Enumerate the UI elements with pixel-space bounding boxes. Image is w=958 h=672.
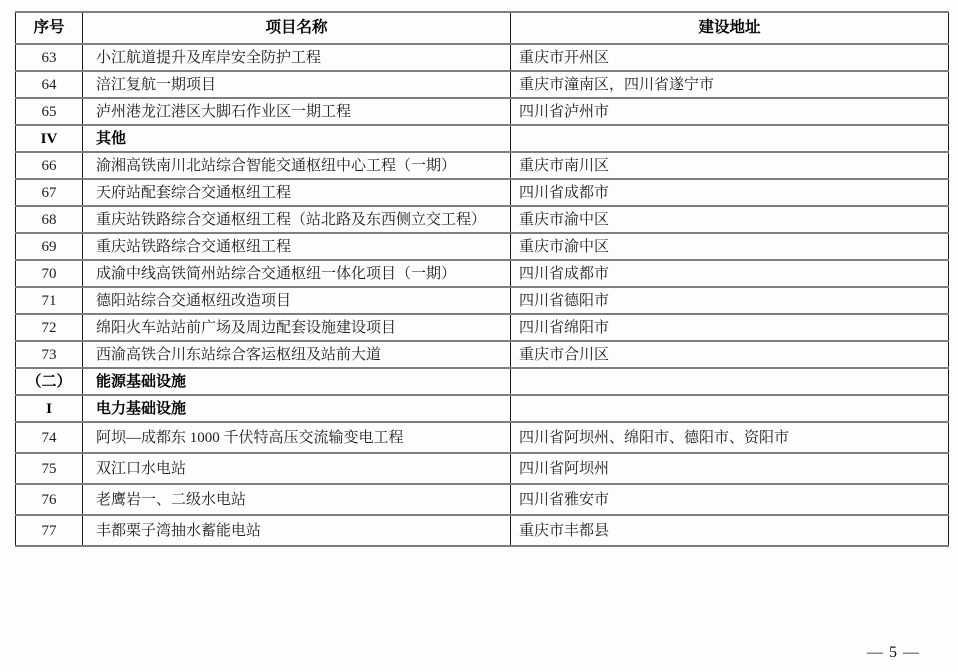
address-cell: 重庆市丰都县 (511, 515, 949, 546)
address-cell (511, 395, 949, 422)
header-construction-address: 建设地址 (511, 12, 949, 44)
serial-number-cell: 67 (16, 179, 83, 206)
project-name-cell: 西渝高铁合川东站综合客运枢纽及站前大道 (83, 341, 511, 368)
project-name-cell: 渝湘高铁南川北站综合智能交通枢纽中心工程（一期） (83, 152, 511, 179)
project-name-cell: 重庆站铁路综合交通枢纽工程（站北路及东西侧立交工程） (83, 206, 511, 233)
project-name-cell: 丰都栗子湾抽水蓄能电站 (83, 515, 511, 546)
address-cell: 四川省阿坝州 (511, 453, 949, 484)
serial-number-cell: 64 (16, 71, 83, 98)
serial-number-cell: I (16, 395, 83, 422)
header-row: 序号 项目名称 建设地址 (16, 12, 949, 44)
address-cell: 重庆市开州区 (511, 44, 949, 71)
serial-number-cell: IV (16, 125, 83, 152)
table-row: 67天府站配套综合交通枢纽工程四川省成都市 (16, 179, 949, 206)
address-cell: 四川省雅安市 (511, 484, 949, 515)
table-row: 75双江口水电站四川省阿坝州 (16, 453, 949, 484)
table-row: 64涪江复航一期项目重庆市潼南区，四川省遂宁市 (16, 71, 949, 98)
table-row: 74阿坝—成都东 1000 千伏特高压交流输变电工程四川省阿坝州、绵阳市、德阳市… (16, 422, 949, 453)
table-row: 65泸州港龙江港区大脚石作业区一期工程四川省泸州市 (16, 98, 949, 125)
project-name-cell: 德阳站综合交通枢纽改造项目 (83, 287, 511, 314)
project-name-cell: 能源基础设施 (83, 368, 511, 395)
serial-number-cell: 63 (16, 44, 83, 71)
address-cell: 四川省泸州市 (511, 98, 949, 125)
project-name-cell: 泸州港龙江港区大脚石作业区一期工程 (83, 98, 511, 125)
address-cell: 重庆市潼南区，四川省遂宁市 (511, 71, 949, 98)
page-number: — 5 — (867, 644, 920, 662)
table-row: 69重庆站铁路综合交通枢纽工程重庆市渝中区 (16, 233, 949, 260)
table-body: 63小江航道提升及库岸安全防护工程重庆市开州区64涪江复航一期项目重庆市潼南区，… (16, 44, 949, 546)
header-serial-number: 序号 (16, 12, 83, 44)
table-row: 73西渝高铁合川东站综合客运枢纽及站前大道重庆市合川区 (16, 341, 949, 368)
serial-number-cell: 69 (16, 233, 83, 260)
serial-number-cell: 74 (16, 422, 83, 453)
address-cell (511, 125, 949, 152)
section-row: IV其他 (16, 125, 949, 152)
address-cell: 四川省德阳市 (511, 287, 949, 314)
address-cell: 四川省成都市 (511, 260, 949, 287)
table-row: 76老鹰岩一、二级水电站四川省雅安市 (16, 484, 949, 515)
address-cell (511, 368, 949, 395)
table-row: 71德阳站综合交通枢纽改造项目四川省德阳市 (16, 287, 949, 314)
project-name-cell: 天府站配套综合交通枢纽工程 (83, 179, 511, 206)
project-name-cell: 成渝中线高铁简州站综合交通枢纽一体化项目（一期） (83, 260, 511, 287)
project-name-cell: 小江航道提升及库岸安全防护工程 (83, 44, 511, 71)
section-row: I电力基础设施 (16, 395, 949, 422)
project-name-cell: 其他 (83, 125, 511, 152)
address-cell: 重庆市合川区 (511, 341, 949, 368)
serial-number-cell: 73 (16, 341, 83, 368)
project-name-cell: 阿坝—成都东 1000 千伏特高压交流输变电工程 (83, 422, 511, 453)
project-name-cell: 涪江复航一期项目 (83, 71, 511, 98)
project-name-cell: 电力基础设施 (83, 395, 511, 422)
table-row: 68重庆站铁路综合交通枢纽工程（站北路及东西侧立交工程）重庆市渝中区 (16, 206, 949, 233)
table-row: 66渝湘高铁南川北站综合智能交通枢纽中心工程（一期）重庆市南川区 (16, 152, 949, 179)
address-cell: 四川省阿坝州、绵阳市、德阳市、资阳市 (511, 422, 949, 453)
header-project-name: 项目名称 (83, 12, 511, 44)
address-cell: 重庆市渝中区 (511, 233, 949, 260)
address-cell: 重庆市南川区 (511, 152, 949, 179)
serial-number-cell: 72 (16, 314, 83, 341)
serial-number-cell: 76 (16, 484, 83, 515)
serial-number-cell: 70 (16, 260, 83, 287)
serial-number-cell: 65 (16, 98, 83, 125)
project-name-cell: 绵阳火车站站前广场及周边配套设施建设项目 (83, 314, 511, 341)
project-name-cell: 老鹰岩一、二级水电站 (83, 484, 511, 515)
address-cell: 四川省成都市 (511, 179, 949, 206)
table-row: 77丰都栗子湾抽水蓄能电站重庆市丰都县 (16, 515, 949, 546)
serial-number-cell: 75 (16, 453, 83, 484)
serial-number-cell: 77 (16, 515, 83, 546)
table-row: 72绵阳火车站站前广场及周边配套设施建设项目四川省绵阳市 (16, 314, 949, 341)
serial-number-cell: 68 (16, 206, 83, 233)
serial-number-cell: 66 (16, 152, 83, 179)
table-row: 70成渝中线高铁简州站综合交通枢纽一体化项目（一期）四川省成都市 (16, 260, 949, 287)
project-name-cell: 重庆站铁路综合交通枢纽工程 (83, 233, 511, 260)
section-row: （二）能源基础设施 (16, 368, 949, 395)
address-cell: 重庆市渝中区 (511, 206, 949, 233)
address-cell: 四川省绵阳市 (511, 314, 949, 341)
project-table: 序号 项目名称 建设地址 63小江航道提升及库岸安全防护工程重庆市开州区64涪江… (15, 11, 949, 547)
table-header: 序号 项目名称 建设地址 (16, 12, 949, 44)
serial-number-cell: 71 (16, 287, 83, 314)
project-name-cell: 双江口水电站 (83, 453, 511, 484)
serial-number-cell: （二） (16, 368, 83, 395)
table-row: 63小江航道提升及库岸安全防护工程重庆市开州区 (16, 44, 949, 71)
